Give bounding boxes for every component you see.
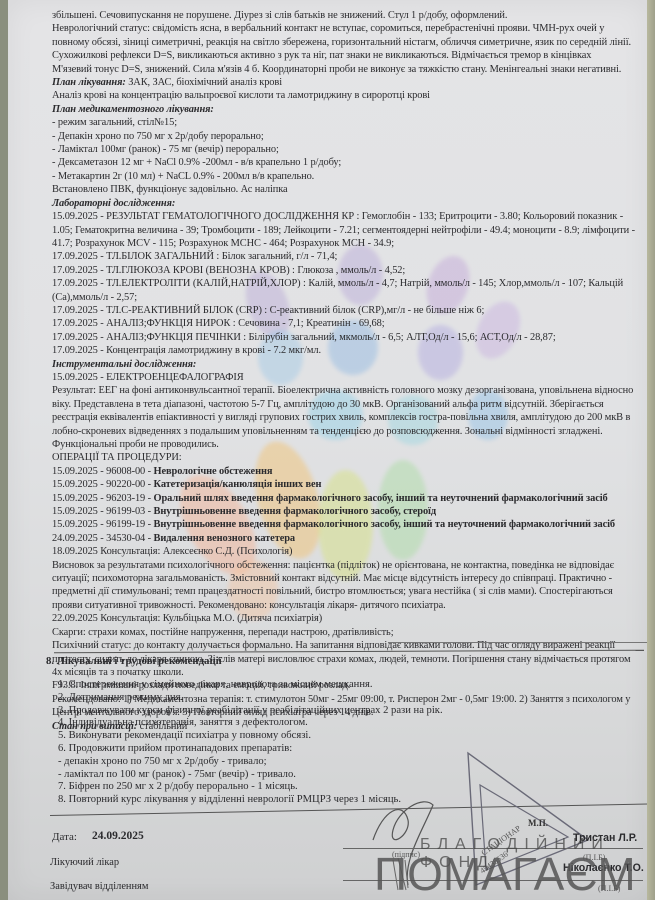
watermark-fund-name: ПОМАГАЄМ [374,850,636,898]
pvk-line: Встановлено ПВК, функціонує задовільно. … [52,183,637,196]
lab-result: 17.09.2025 - ТЛ.ГЛЮКОЗА КРОВІ (ВЕНОЗНА К… [52,264,637,277]
operation-item: 15.09.2025 - 96199-19 - Внутрішньовенне … [52,518,637,531]
document-page: збільшені. Сечовипускання не порушене. Д… [8,0,648,900]
med-item: - Ламіктал 100мг (ранок) - 75 мг (вечір)… [52,143,637,156]
med-item: - Дексаметазон 12 мг + NaCl 0.9% -200мл … [52,156,637,169]
head-label: Завідувач відділенням [50,881,148,892]
med-item: - режим загальний, стіл№15; [52,116,637,129]
operation-item: 15.09.2025 - 96008-00 - Неврологічне обс… [52,465,637,478]
operation-item: 15.09.2025 - 96199-03 - Внутрішньовенне … [52,505,637,518]
instrumental-label: Інструментальні дослідження: [52,358,637,371]
consult2-complaints: Скарги: страхи комах, постійне напруженн… [52,626,637,639]
reflexes: Сухожилкові рефлекси D=S, викликаються а… [52,49,637,62]
text-line: збільшені. Сечовипускання не порушене. Д… [52,9,637,22]
eeg-result: Результат: ЕЕГ на фоні антиконвульсантно… [52,384,637,451]
lab-result: 17.09.2025 - ТЛ.С-РЕАКТИВНИЙ БІЛОК (CRP)… [52,304,637,317]
treatment-plan-label: План лікування: [52,77,126,88]
divider [388,642,648,643]
paper-edge [647,0,655,900]
stamp-mark: М.П. [528,818,548,828]
treatment-plan: План лікування: ЗАК, ЗАС, біохімічний ан… [52,76,637,89]
recommendation-item: 5. Виконувати рекомендації психіатра у п… [58,730,644,743]
recommendation-item: 2. Дотримання режиму дня. [58,692,644,705]
consult1-text: Висновок за результатами психологічного … [52,559,637,613]
recommendation-item: 3. Продовжувати курси фізичної реабіліта… [58,705,644,718]
attending-label: Лікуючий лікар [50,857,119,868]
operation-item: 15.09.2025 - 90220-00 - Катетеризація/ка… [52,478,637,491]
med-plan-label: План медикаментозного лікування: [52,103,637,116]
recommendation-item: 1. Спостереження у сімейного лікаря, нев… [58,679,644,692]
recommendations-title: 8. Лікувальні і трудові рекомендації [46,655,644,667]
date-label: Дата: [52,831,77,843]
lab-result: 17.09.2025 - ТЛ.БІЛОК ЗАГАЛЬНИЙ : Білок … [52,250,637,263]
lab-results-list: 15.09.2025 - РЕЗУЛЬТАТ ГЕМАТОЛОГІЧНОГО Д… [52,210,637,357]
lab-result: 17.09.2025 - ТЛ.ЕЛЕКТРОЛІТИ (КАЛІЙ,НАТРІ… [52,277,637,304]
consult1-header: 18.09.2025 Консультація: Алексеєнко С.Д.… [52,545,637,558]
med-item: - Метакартин 2г (10 мл) + NaCL 0.9% - 20… [52,170,637,183]
consult2-header: 22.09.2025 Консультація: Кульбіцька М.О.… [52,612,637,625]
operation-item: 24.09.2025 - 34530-04 - Видалення венозн… [52,532,637,545]
recommendation-item: 4. Індивідуальна психотерапія, заняття з… [58,717,644,730]
eeg-line: 15.09.2025 - ЕЛЕКТРОЕНЦЕФАЛОГРАФІЯ [52,371,637,384]
medical-record-body: збільшені. Сечовипускання не порушене. Д… [52,9,637,733]
lab-result: 15.09.2025 - РЕЗУЛЬТАТ ГЕМАТОЛОГІЧНОГО Д… [52,210,637,250]
lab-result: 17.09.2025 - АНАЛІЗ;ФУНКЦІЯ НИРОК : Сечо… [52,317,637,330]
operation-item: 15.09.2025 - 96203-19 - Оральний шлях вв… [52,492,637,505]
operations-list: 15.09.2025 - 96008-00 - Неврологічне обс… [52,465,637,545]
neuro-status: Неврологічний статус: свідомість ясна, в… [52,22,637,49]
operations-label: ОПЕРАЦІЇ ТА ПРОЦЕДУРИ: [52,451,637,464]
lab-result: 17.09.2025 - АНАЛІЗ;ФУНКЦІЯ ПЕЧІНКИ : Бі… [52,331,637,344]
treatment-plan-line2: Аналіз крові на концентрацію вальпроєвої… [52,89,637,102]
lab-result: 17.09.2025 - Концентрація ламотриджину в… [52,344,637,357]
muscle-tone: М'язевий тонус D=S, знижений. Сила м'язі… [52,63,637,76]
date-value: 24.09.2025 [92,830,144,842]
lab-label: Лабораторні дослідження: [52,197,637,210]
med-item: - Депакін хроно по 750 мг х 2р/добу перо… [52,130,637,143]
